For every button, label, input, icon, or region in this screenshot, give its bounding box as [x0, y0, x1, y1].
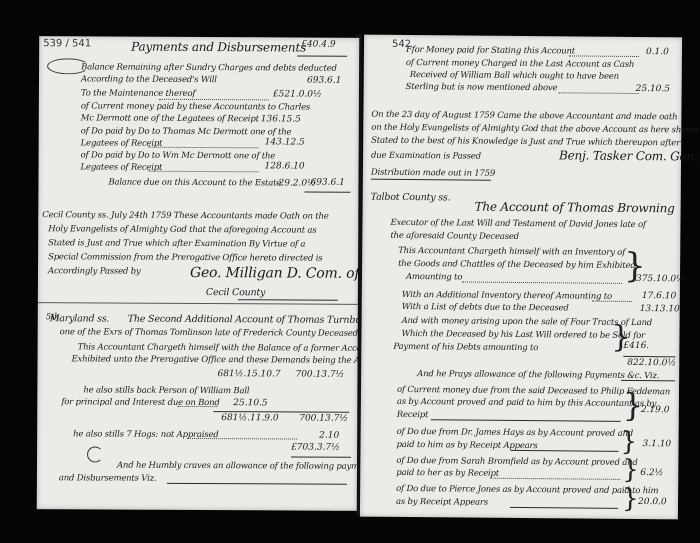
oath-text: on the Holy Evangelists of Almighty God …	[371, 123, 698, 136]
payment-text: Receipt	[397, 410, 428, 420]
account-text: the aforesaid County Deceased	[390, 231, 519, 242]
heading-total: £40.4.9	[301, 40, 335, 50]
payment-text: paid to her as by Receipt	[396, 468, 499, 479]
oath-text: Stated is Just and True which after Exam…	[48, 238, 305, 249]
distribution-note: Distribution made out in 1759	[371, 168, 495, 179]
entry-amount: 25.10.5	[636, 84, 670, 94]
account-title: The Second Additional Account of Thomas …	[128, 314, 367, 326]
closing-text: And he Humbly craves an allowance of the…	[117, 461, 376, 472]
entry-text: Received of William Ball which ought to …	[410, 70, 619, 82]
entry-amount: 143.12.5	[265, 137, 305, 147]
account-amount: 2.10	[319, 431, 339, 441]
leader-dots	[149, 147, 259, 149]
entry-amount: £521.0.0½	[273, 89, 322, 99]
total-rule	[291, 456, 351, 457]
account-amount: 25.10.5	[233, 398, 267, 408]
account-text: Executor of the Last Will and Testament …	[390, 218, 646, 230]
account-text: This Accountant Chargeth himself with an…	[398, 246, 625, 258]
oath-text: On the 23 day of August 1759 Came the ab…	[371, 110, 677, 123]
balance-line: Balance due on this Account to the Estat…	[108, 178, 281, 189]
entry-amount: 136.15.5	[261, 114, 301, 124]
entry-amount: 693.6.1	[307, 76, 341, 86]
leader-dots	[149, 171, 259, 173]
left-folio-number: 539 / 541	[43, 38, 91, 49]
account-text: With an Additional Inventory thereof Amo…	[402, 290, 612, 302]
payment-amount: 20.0.0	[638, 497, 667, 507]
account-text: Payment of his Debts amounting to	[393, 342, 538, 353]
account-text: the Goods and Chattles of the Deceased b…	[398, 259, 636, 271]
balance-rule	[304, 192, 350, 193]
inventory-amount: 375.10.0½	[636, 274, 685, 284]
account-amount: 700.13.7½	[295, 370, 344, 380]
payment-rule	[510, 507, 618, 509]
right-ledger-page: 542 Ffor Money paid for Stating this Acc…	[360, 35, 682, 520]
leader-dots	[559, 92, 639, 94]
closing-text: and Disbursements Viz.	[59, 473, 157, 484]
payment-text: of Do due to Pierce Jones as by Account …	[396, 484, 658, 496]
entry-text: of Current money Charged in the Last Acc…	[406, 58, 634, 70]
closing-rule	[167, 483, 347, 485]
brace-mark: }	[622, 486, 639, 512]
oath-text: Holy Evangelists of Almighty God that th…	[48, 224, 316, 235]
account-text: With a List of debts due to the Deceased	[402, 302, 569, 313]
account-text: one of the Exrs of Thomas Tomlinson late…	[60, 327, 358, 339]
entry-text: Mc Dermott one of the Legatees of Receip…	[81, 113, 259, 124]
commissioner-signature: Benj. Tasker Com. Gen.	[559, 148, 698, 163]
leader-dots	[159, 99, 269, 101]
allowance-rule	[621, 380, 675, 381]
account-total: £703.3.7½	[291, 442, 340, 452]
entry-text: Ffor Money paid for Stating this Account	[406, 45, 575, 56]
sale-amount: £416.	[623, 341, 649, 351]
county-heading: Talbot County ss.	[371, 192, 451, 204]
oath-text: Cecil County ss. July 24th 1759 These Ac…	[42, 210, 328, 221]
leader-dots	[462, 281, 622, 283]
account-text: This Accountant Chargeth himself with th…	[78, 342, 376, 354]
entry-amount: 0.1.0	[646, 47, 669, 57]
brace-mark: }	[620, 429, 637, 455]
payment-text: as by Account proved and paid to him by …	[397, 397, 656, 409]
account-text: Amounting to	[406, 272, 462, 282]
payment-amount: 2.19.0	[641, 405, 670, 415]
entry-text: of Do paid by Do to Thomas Mc Dermott on…	[81, 126, 292, 137]
oath-text: Accordingly Passed by	[48, 266, 141, 276]
commissioner-signature: Geo. Milligan D. Com. of	[190, 265, 359, 282]
entry-amount: 13.13.10	[640, 304, 680, 314]
payment-text: of Do due from Sarah Bromfield as by Acc…	[396, 456, 637, 468]
entry-text: According to the Deceased's Will	[81, 74, 217, 85]
signature-rule	[238, 299, 338, 301]
account-text: Exhibited unto the Prerogative Office an…	[72, 354, 387, 366]
distribution-underline	[371, 179, 491, 181]
balance-total: 693.6.1	[310, 178, 344, 188]
heading-rule	[297, 56, 347, 57]
account-amount: 681½.15.10.7	[217, 369, 280, 379]
flourish-ornament	[87, 446, 103, 462]
entry-text: of Current money paid by these Accountan…	[81, 101, 310, 112]
oath-text: Stated to the best of his Knowledge is J…	[371, 136, 680, 149]
oath-text: due Examination is Passed	[371, 151, 481, 162]
payment-amount: 3.1.10	[643, 439, 672, 449]
entry-text: To the Maintenance thereof	[81, 88, 196, 99]
entry-amount: 17.6.10	[642, 291, 676, 301]
leader-dots	[490, 478, 620, 480]
oath-text: Special Commission from the Prerogative …	[48, 252, 322, 263]
entry-text: Balance Remaining after Sundry Charges a…	[81, 62, 337, 73]
section-divider	[38, 302, 358, 305]
account-title: The Account of Thomas Browning	[475, 200, 675, 216]
subtotal-amount: 700.13.7½	[299, 414, 348, 424]
left-ledger-page: 539 / 541 Payments and Disbursements £40…	[37, 36, 359, 511]
leader-dots	[177, 406, 217, 407]
left-page-heading: Payments and Disbursements	[131, 40, 306, 55]
entry-text: of Do paid by Do to Wm Mc Dermott one of…	[81, 150, 276, 161]
leader-dots	[569, 55, 639, 57]
payment-rule	[431, 419, 621, 422]
account-text: Which the Deceased by his Last Will orde…	[401, 329, 644, 341]
entry-text: Sterling but is now mentioned above	[406, 82, 558, 93]
payment-rule	[510, 450, 618, 452]
entry-amount: 128.6.10	[265, 161, 305, 171]
state-heading: Maryland ss.	[50, 313, 110, 324]
payment-amount: 6.2½	[640, 468, 663, 478]
subtotal-amount: 681½.11.9.0	[221, 413, 278, 423]
leader-dots	[592, 301, 632, 302]
grand-total: 822.10.0½	[627, 358, 676, 368]
signature-county: Cecil County	[206, 287, 265, 298]
account-text: he also stills back Person of William Ba…	[83, 385, 249, 396]
brace-mark: }	[622, 457, 639, 483]
payment-text: of Do due from Dr. James Hays as by Acco…	[397, 427, 633, 439]
payment-text: as by Receipt Appears	[396, 497, 488, 508]
